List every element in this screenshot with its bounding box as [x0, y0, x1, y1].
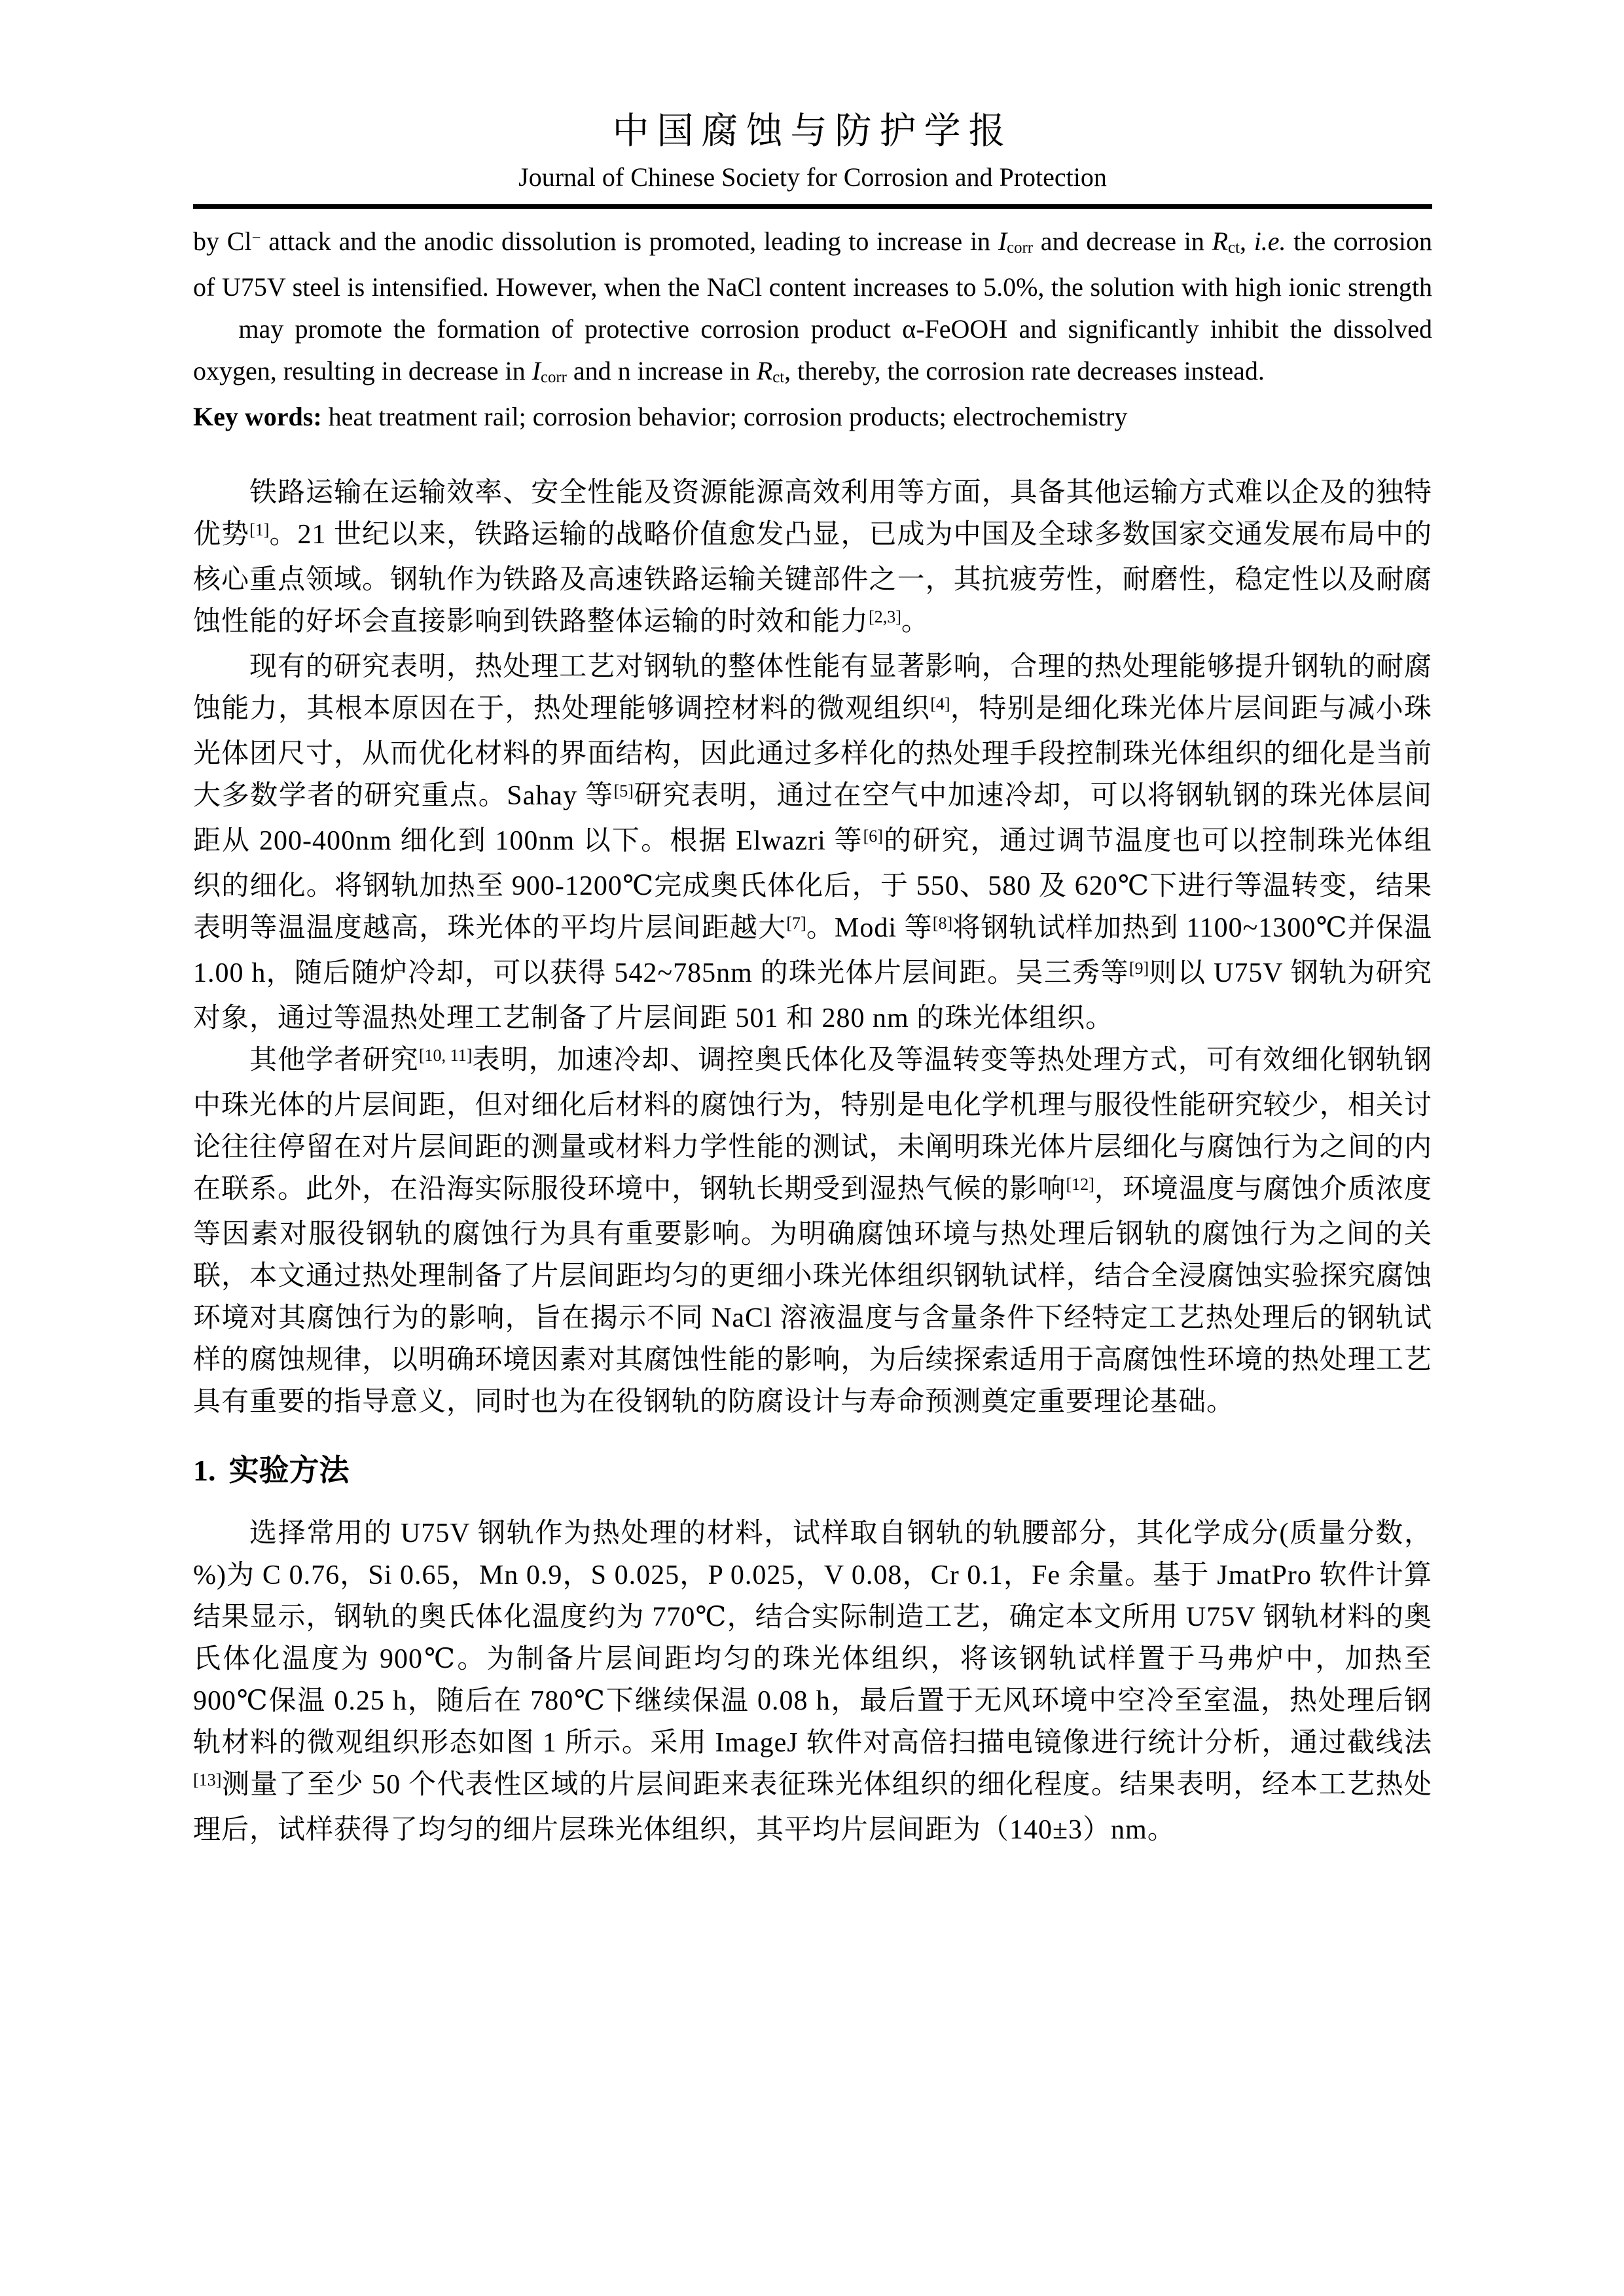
journal-title-en: Journal of Chinese Society for Corrosion… [193, 162, 1432, 192]
abstract-paragraph: by Cl− attack and the anodic dissolution… [193, 221, 1432, 396]
keywords-text: heat treatment rail; corrosion behavior;… [322, 402, 1128, 431]
intro-paragraph-1: 铁路运输在运输效率、安全性能及资源能源高效利用等方面，具备其他运输方式难以企及的… [193, 472, 1432, 646]
section-1-heading: 1.实验方法 [193, 1452, 1432, 1489]
intro-paragraph-3: 其他学者研究[10, 11]表明，加速冷却、调控奥氏体化及等温转变等热处理方式，… [193, 1039, 1432, 1423]
intro-paragraph-2: 现有的研究表明，热处理工艺对钢轨的整体性能有显著影响，合理的热处理能够提升钢轨的… [193, 646, 1432, 1039]
section-1-paragraph-1: 选择常用的 U75V 钢轨作为热处理的材料，试样取自钢轨的轨腰部分，其化学成分(… [193, 1513, 1432, 1851]
page-content: 中国腐蚀与防护学报 Journal of Chinese Society for… [193, 0, 1432, 1851]
section-1-number: 1. [193, 1454, 216, 1487]
journal-title-cn: 中国腐蚀与防护学报 [193, 111, 1432, 152]
journal-page: 中国腐蚀与防护学报 Journal of Chinese Society for… [0, 0, 1624, 2296]
header-rule-divider [193, 204, 1432, 209]
keywords-line: Key words: heat treatment rail; corrosio… [193, 396, 1432, 438]
section-1-title: 实验方法 [229, 1453, 350, 1487]
keywords-label: Key words: [193, 402, 322, 431]
